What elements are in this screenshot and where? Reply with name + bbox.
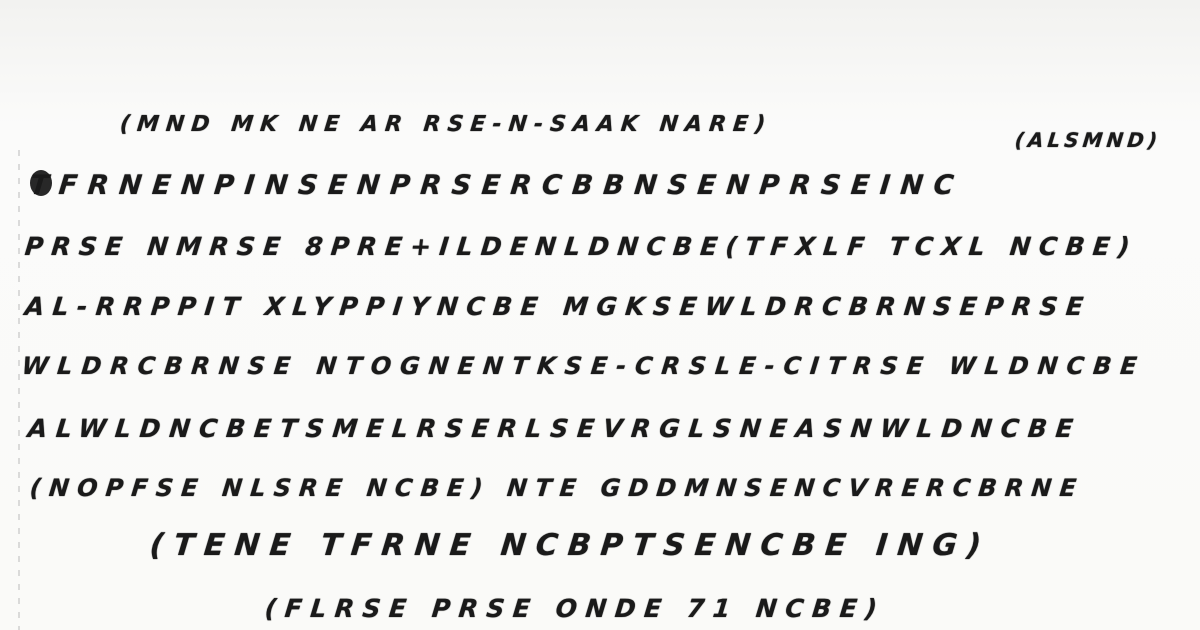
cipher-line-8: (FLRSE PRSE ONDE 71 NCBE): [263, 594, 886, 623]
cipher-line-5: ALWLDNCBETSMELRSERLSEVRGLSNEASNWLDNCBE: [26, 414, 1083, 443]
header-line: (MND MK NE AR RSE-N-SAAK NARE): [119, 112, 774, 137]
cipher-line-6: (NOPFSE NLSRE NCBE) NTE GDDMNSENCVRERCBR…: [29, 474, 1086, 502]
margin-marks: [18, 150, 20, 630]
cipher-line-4: WLDRCBRNSE NTOGNENTKSE-CRSLE-CITRSE WLDN…: [21, 352, 1148, 380]
cipher-line-1: TFRNENPINSENPRSERCBBNSENPRSEINC: [28, 170, 965, 201]
cipher-line-7: (TENE TFRNE NCBPTSENCBE ING): [148, 528, 993, 563]
cipher-line-3: AL-RRPPIT XLYPPIYNCBE MGKSEWLDRCBRNSEPRS…: [23, 292, 1093, 321]
corner-note: (ALSMND): [1014, 128, 1163, 152]
scanned-page: (MND MK NE AR RSE-N-SAAK NARE) (ALSMND) …: [0, 0, 1200, 630]
cipher-line-2: PRSE NMRSE 8PRE+ILDENLDNCBE(TFXLF TCXL N…: [23, 232, 1139, 261]
